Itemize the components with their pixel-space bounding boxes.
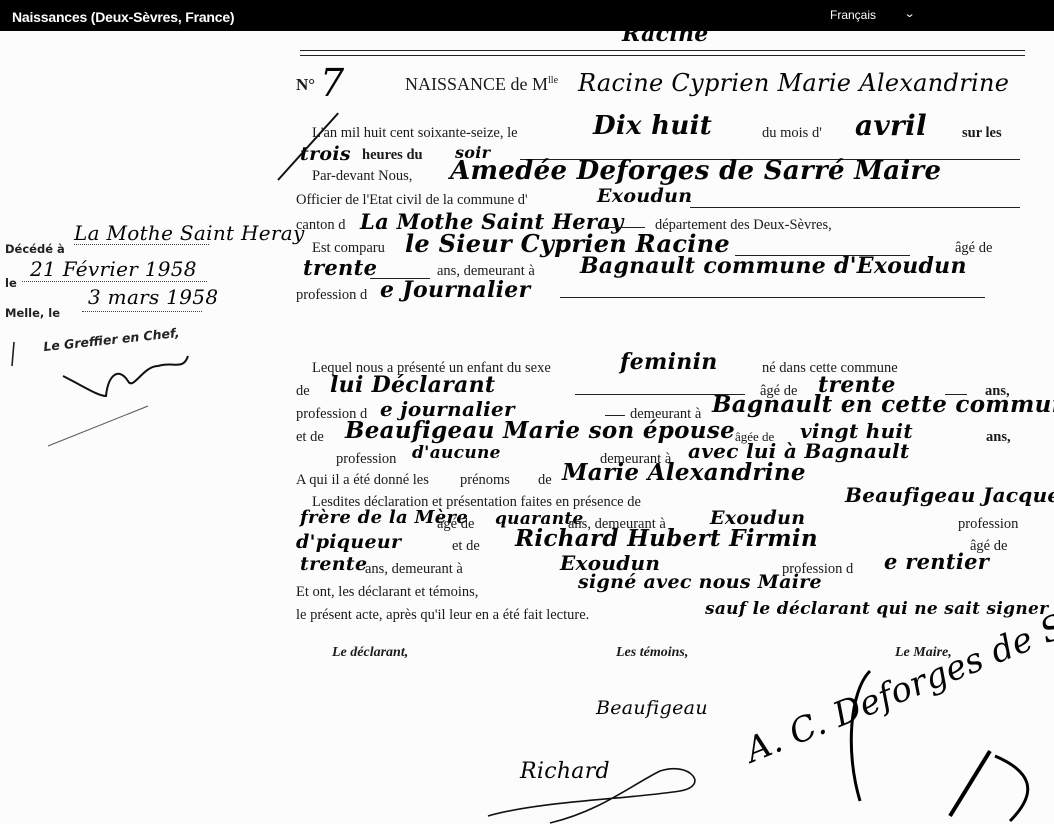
text-l2a: heures du xyxy=(362,147,423,164)
app-title: Naissances (Deux-Sèvres, France) xyxy=(12,9,234,25)
child-sex: feminin xyxy=(620,349,718,375)
header-rule xyxy=(300,50,1025,51)
top-annotation: Racine xyxy=(622,31,709,47)
line-rule xyxy=(605,227,645,228)
scanned-birth-record: Racine N° 7 NAISSANCE de Mlle Racine Cyp… xyxy=(0,31,1054,824)
record-number: 7 xyxy=(320,61,344,105)
text-l14c: de xyxy=(538,472,552,489)
top-bar: Naissances (Deux-Sèvres, France) Françai… xyxy=(0,0,1054,31)
mayor-flourish xyxy=(840,631,1054,824)
text-l20a: le présent acte, après qu'il leur en a é… xyxy=(296,607,589,624)
text-l17a: et de xyxy=(452,538,480,555)
declarant-profession: e Journalier xyxy=(380,277,530,303)
birth-hour: trois xyxy=(300,143,351,165)
text-l19a: Et ont, les déclarant et témoins, xyxy=(296,584,478,601)
witnesses-signature-label: Les témoins, xyxy=(616,645,688,661)
text-l1b: du mois d' xyxy=(762,125,822,142)
dotted-rule xyxy=(82,311,202,312)
officer-name: Amedée Deforges de Sarré Maire xyxy=(450,156,941,186)
witness1-name: Beaufigeau Jacques xyxy=(845,483,1054,507)
line-rule xyxy=(605,415,625,416)
mother-name: Beaufigeau Marie son épouse xyxy=(345,417,735,444)
declarant-signature-note: sauf le déclarant qui ne sait signer xyxy=(705,599,1048,619)
text-l16a: âgé de xyxy=(437,516,474,533)
text-l8a: profession d xyxy=(296,287,367,304)
text-l14b: prénoms xyxy=(460,472,510,489)
text-l10a: de xyxy=(296,383,310,400)
dotted-rule xyxy=(22,281,207,282)
birth-day: Dix huit xyxy=(593,111,712,141)
father-relation: lui Déclarant xyxy=(330,372,495,398)
record-number-label: N° xyxy=(296,75,315,95)
witness1-signature: Beaufigeau xyxy=(596,697,708,719)
language-select[interactable]: Français ⌄ xyxy=(830,8,920,26)
text-l12a: et de xyxy=(296,429,324,446)
text-l12c: ans, xyxy=(986,429,1011,446)
document-viewer[interactable]: Racine N° 7 NAISSANCE de Mlle Racine Cyp… xyxy=(0,31,1054,824)
text-l1a: L'an mil huit cent soixante-seize, le xyxy=(312,125,518,142)
line-rule xyxy=(560,297,985,298)
witness2-name: Richard Hubert Firmin xyxy=(515,525,818,552)
text-l16c: profession xyxy=(958,516,1018,533)
language-selected: Français xyxy=(830,8,876,22)
witness1-profession: d'piqueur xyxy=(296,531,401,553)
birth-month: avril xyxy=(855,109,927,142)
clerk-signature xyxy=(8,336,208,456)
margin-died-label: Décédé à xyxy=(5,242,65,256)
signature-statement: signé avec nous Maire xyxy=(578,571,822,593)
chevron-down-icon: ⌄ xyxy=(904,7,916,20)
dotted-rule xyxy=(74,244,209,245)
commune: Exoudun xyxy=(597,185,692,207)
father-residence: Bagnault en cette commune xyxy=(712,391,1054,418)
margin-died-date: 21 Février 1958 xyxy=(30,257,197,281)
header-rule-2 xyxy=(300,55,1025,56)
text-l3a: Par-devant Nous, xyxy=(312,168,412,185)
heading-child-name: Racine Cyprien Marie Alexandrine xyxy=(578,69,1009,97)
margin-died-place: La Mothe Saint Heray xyxy=(74,221,305,245)
witness2-flourish xyxy=(480,731,720,824)
text-l4a: Officier de l'Etat civil de la commune d… xyxy=(296,192,528,209)
margin-melle-label: Melle, le xyxy=(5,306,60,320)
declarant-signature-label: Le déclarant, xyxy=(332,645,408,661)
text-l13a: profession xyxy=(336,451,396,468)
mother-profession: d'aucune xyxy=(412,443,501,463)
text-l14a: A qui il a été donné les xyxy=(296,472,429,489)
margin-melle-date: 3 mars 1958 xyxy=(88,285,218,309)
declarant-residence: Bagnault commune d'Exoudun xyxy=(580,253,967,279)
witness2-profession: e rentier xyxy=(884,549,989,574)
text-l1c: sur les xyxy=(962,125,1002,142)
text-l18a: ans, demeurant à xyxy=(365,561,463,578)
child-given-names: Marie Alexandrine xyxy=(562,459,806,486)
line-rule xyxy=(690,207,1020,208)
declarant-age: trente xyxy=(303,255,377,280)
heading-label: NAISSANCE de Mlle xyxy=(405,74,558,95)
witness2-age: trente xyxy=(300,553,367,575)
margin-date-label: le xyxy=(5,276,17,290)
